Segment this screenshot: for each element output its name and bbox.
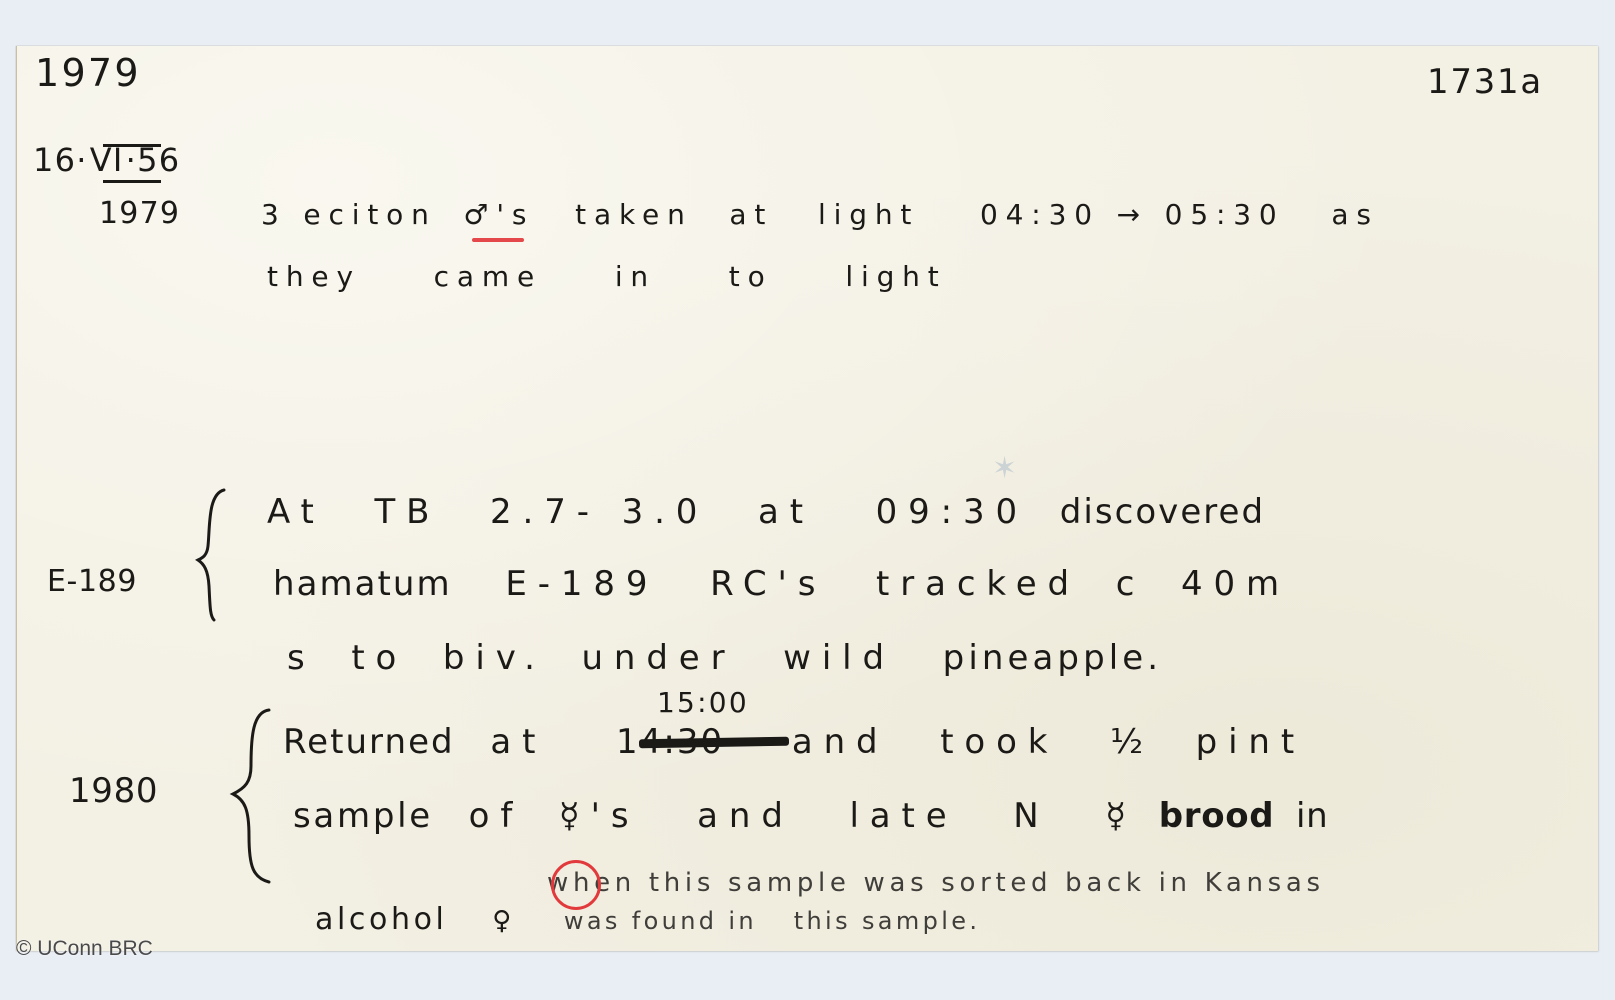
text-segment: Returned [283,722,455,762]
text-segment: taken [575,198,693,231]
entry-margin-year: 1979 [99,196,180,231]
entry-line: s to biv. under wild pineapple. [287,638,1162,678]
red-circle-mark [551,860,601,910]
time-range: 04:30 → 05:30 [980,198,1285,231]
male-symbol-text: ♂'s [463,198,534,231]
text-segment: TB [374,492,440,532]
female-symbol: ♀ [492,906,519,936]
entry-line: they came in to light [267,260,947,293]
date-separator: · [76,141,87,179]
text-segment: biv. [443,638,546,678]
text-segment: and [792,722,889,762]
text-segment: RC's [710,564,826,604]
text-segment: under [581,638,735,678]
inserted-time: 15:00 [657,686,749,719]
struck-word: brood [1159,796,1275,836]
text-segment: pineapple. [943,638,1162,678]
card-year: 1979 [35,51,141,95]
worker-symbol-text: ☿'s [559,796,640,836]
text-segment: sample [293,796,433,836]
text-segment: at [729,198,773,231]
text-segment: in [615,260,656,293]
text-segment: wild [783,638,895,678]
text-segment: 3 eciton [261,198,437,231]
entry-line: 3 eciton ♂'s taken at light 04:30 → 05:3… [261,198,1379,231]
entry-line: hamatum E-189 RC's tracked c 40m [273,564,1290,604]
text-segment: at [758,492,814,532]
distance-value: 40m [1181,564,1290,604]
text-segment: they [267,260,361,293]
text-segment: light [845,260,946,293]
index-card: 1979 1731a 16·VI·56 1979 3 eciton ♂'s ta… [16,46,1598,951]
roman-overline [103,144,161,147]
text-segment: this sample. [794,907,981,935]
text-segment: N [1013,796,1049,836]
entry-line: alcohol ♀ was found in this sample. [315,902,980,937]
text-segment: late [849,796,957,836]
species-name: hamatum [273,564,452,604]
text-segment: pint [1196,722,1305,762]
text-segment: alcohol [315,902,447,937]
text-segment: 2.7- 3.0 [490,492,708,532]
text-segment: to [729,260,773,293]
text-segment: to [351,638,407,678]
worker-symbol: ☿ [1105,796,1137,836]
curly-brace-icon [229,706,275,886]
text-segment: light [818,198,919,231]
date-day: 16 [33,141,76,179]
text-segment: tracked [876,564,1080,604]
text-segment: At [267,492,325,532]
entry-line: sample of ☿'s and late N ☿ brood in [293,796,1328,836]
text-segment: c [1116,564,1146,604]
entry-line: At TB 2.7- 3.0 at 09:30 discovered [267,492,1265,532]
curly-brace-icon [192,486,232,626]
fraction: ½ [1110,722,1154,762]
text-segment: took [940,722,1058,762]
copyright-watermark: © UConn BRC [16,937,153,961]
entry-margin-year: 1980 [69,771,158,811]
text-segment: came [434,260,542,293]
text-segment: in [1296,796,1328,836]
text-segment: s [287,638,316,678]
entry-margin-label: E-189 [47,564,137,599]
catalog-number: 1731a [1427,62,1543,102]
text-segment: as [1331,198,1378,231]
time-value: 09:30 [876,492,1028,532]
entry-line: Returned at 14:30 and took ½ pint [283,722,1305,762]
roman-underline [103,180,161,183]
red-underline-mark [472,238,524,242]
colony-code: E-189 [505,564,658,604]
later-annotation: when this sample was sorted back in Kans… [547,868,1325,898]
text-segment: was found in [564,907,757,935]
text-segment: at [490,722,546,762]
text-segment: and [697,796,794,836]
ink-smudge: ✶ [992,451,1032,491]
text-segment: discovered [1060,492,1265,532]
text-segment: of [469,796,524,836]
